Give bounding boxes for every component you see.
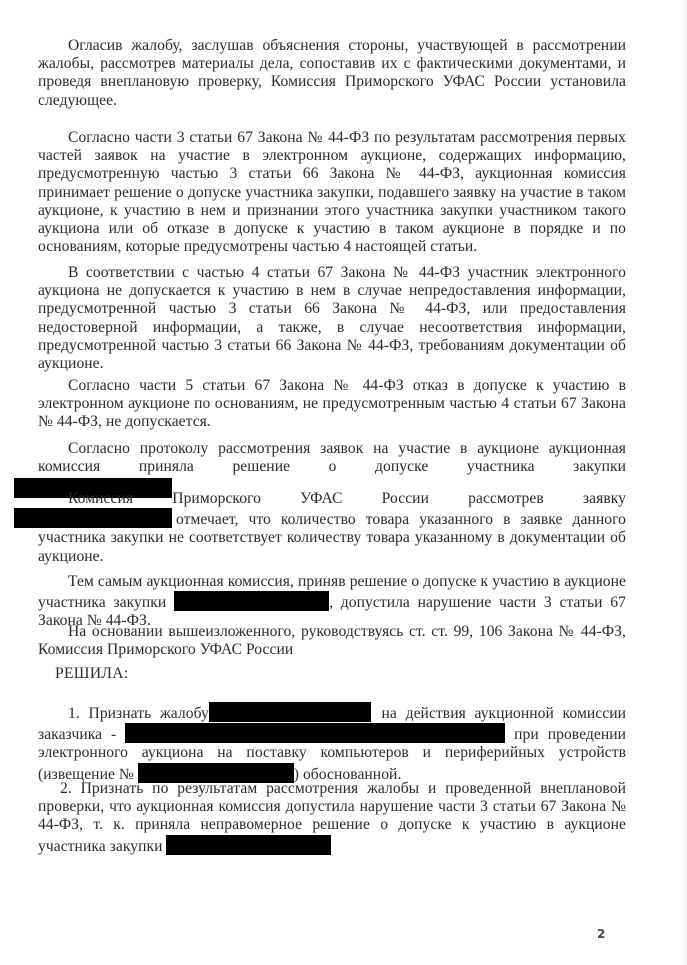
law-part3-section: Согласно части 3 статьи 67 Закона № 44-Ф… bbox=[38, 129, 626, 256]
paragraph-commission-finding: отмечает, что количество товара указанно… bbox=[38, 508, 626, 566]
paragraph-intro: Огласив жалобу, заслушав объяснения стор… bbox=[38, 37, 626, 110]
decision-2: 2. Признать по результатам рассмотрения … bbox=[38, 780, 626, 856]
paragraph-part4: В соответствии с частью 4 статьи 67 Зако… bbox=[38, 264, 626, 373]
redacted-customer-name bbox=[125, 723, 505, 743]
decision-2-body: 2. Признать по результатам рассмотрения … bbox=[38, 780, 626, 855]
paragraph-part3: Согласно части 3 статьи 67 Закона № 44-Ф… bbox=[38, 129, 626, 256]
findings-section: Огласив жалобу, заслушав объяснения стор… bbox=[38, 37, 626, 110]
page-edge-shadow bbox=[679, 0, 687, 965]
paragraph-part5: Согласно части 5 статьи 67 Закона № 44-Ф… bbox=[38, 377, 626, 432]
document-page: Огласив жалобу, заслушав объяснения стор… bbox=[0, 0, 687, 965]
commission-review-section: Комиссия Приморского УФАС России рассмот… bbox=[38, 490, 626, 566]
redacted-participant-name bbox=[166, 835, 331, 855]
redacted-participant-name bbox=[174, 591, 329, 611]
paragraph-basis: На основании вышеизложенного, руководств… bbox=[38, 623, 626, 659]
law-part5-section: Согласно части 5 статьи 67 Закона № 44-Ф… bbox=[38, 377, 626, 432]
redacted-complainant bbox=[209, 702, 371, 722]
violation-section: Тем самым аукционная комиссия, приняв ре… bbox=[38, 573, 626, 631]
decision-1: 1. Признать жалобу на действия аукционно… bbox=[38, 702, 626, 784]
redacted-application-id bbox=[14, 508, 172, 528]
paragraph-violation: Тем самым аукционная комиссия, приняв ре… bbox=[38, 573, 626, 631]
basis-section: На основании вышеизложенного, руководств… bbox=[38, 623, 626, 659]
paragraph-commission-review: Комиссия Приморского УФАС России рассмот… bbox=[38, 490, 626, 508]
decision-1-start: 1. Признать жалобу bbox=[68, 705, 209, 722]
page-number: 2 bbox=[597, 925, 605, 943]
decision-1-text: 1. Признать жалобу на действия аукционно… bbox=[38, 702, 626, 784]
law-part4-section: В соответствии с частью 4 статьи 67 Зако… bbox=[38, 264, 626, 373]
decision-2-text: 2. Признать по результатам рассмотрения … bbox=[38, 780, 626, 856]
paragraph-protocol: Согласно протоколу рассмотрения заявок н… bbox=[38, 440, 626, 476]
resolved-heading: РЕШИЛА: bbox=[55, 665, 128, 683]
